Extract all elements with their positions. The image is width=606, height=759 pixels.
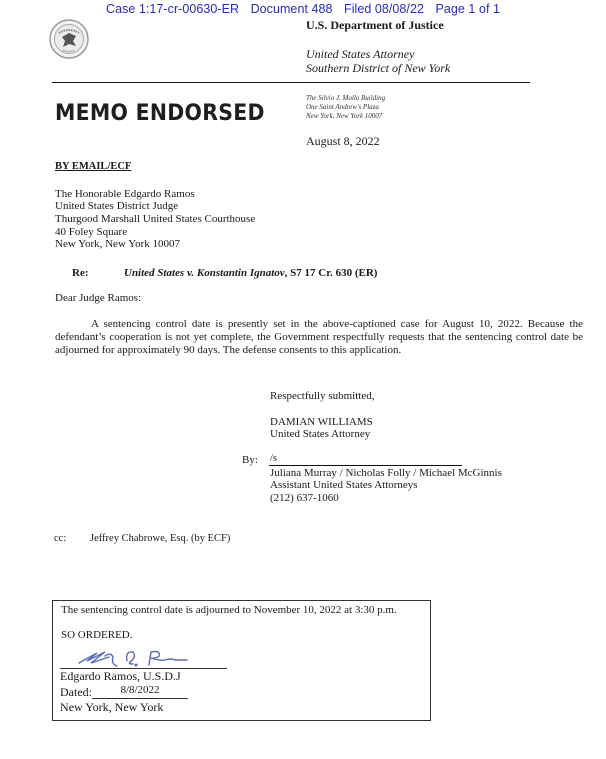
- letter-body-text: A sentencing control date is presently s…: [55, 318, 583, 356]
- department-name: U.S. Department of Justice: [306, 18, 444, 33]
- office-district: Southern District of New York: [306, 61, 450, 76]
- salutation: Dear Judge Ramos:: [55, 292, 141, 304]
- case-caption: United States v. Konstantin Ignatov: [124, 267, 285, 279]
- letter-date: August 8, 2022: [306, 134, 380, 149]
- judge-name: Edgardo Ramos, U.S.D.J: [60, 669, 181, 684]
- attorney-names: Juliana Murray / Nicholas Folly / Michae…: [270, 467, 502, 479]
- ecf-page-count: Page 1 of 1: [436, 2, 501, 16]
- recipient-line: The Honorable Edgardo Ramos: [55, 188, 195, 200]
- dated-label: Dated:: [60, 685, 92, 700]
- case-number: , S7 17 Cr. 630 (ER): [285, 267, 378, 279]
- electronic-signature: /s: [270, 453, 277, 464]
- attorney-title: Assistant United States Attorneys: [270, 479, 418, 491]
- letter-body: A sentencing control date is presently s…: [55, 318, 583, 358]
- order-text: The sentencing control date is adjourned…: [61, 604, 397, 616]
- memo-endorsed-stamp: MEMO ENDORSED: [55, 101, 265, 126]
- doj-seal-icon: [49, 18, 89, 60]
- ecf-document-number: Document 488: [251, 2, 333, 16]
- by-label: By:: [242, 454, 258, 466]
- recipient-line: Thurgood Marshall United States Courthou…: [55, 213, 255, 225]
- cc-label: cc:: [54, 533, 66, 544]
- dated-line: [92, 698, 188, 699]
- office-address-line: New York, New York 10007: [306, 112, 382, 120]
- letterhead-divider: [52, 82, 530, 83]
- office-address-line: One Saint Andrew's Plaza: [306, 103, 379, 111]
- ecf-filing-header: Case 1:17-cr-00630-ER Document 488 Filed…: [0, 2, 606, 16]
- office-address-line: The Silvio J. Mollo Building: [306, 94, 385, 102]
- signer-name: DAMIAN WILLIAMS: [270, 416, 373, 428]
- office-title: United States Attorney: [306, 47, 414, 62]
- signature-line: [269, 465, 462, 466]
- so-ordered: SO ORDERED.: [61, 629, 133, 641]
- cc-recipient: Jeffrey Chabrowe, Esq. (by ECF): [90, 533, 230, 544]
- ecf-filed-date: Filed 08/08/22: [344, 2, 424, 16]
- order-place: New York, New York: [60, 700, 163, 715]
- attorney-phone: (212) 637-1060: [270, 492, 339, 504]
- handwritten-signature-icon: [75, 647, 205, 669]
- delivery-method: BY EMAIL/ECF: [55, 161, 131, 172]
- signer-title: United States Attorney: [270, 428, 370, 440]
- recipient-line: United States District Judge: [55, 200, 178, 212]
- recipient-line: New York, New York 10007: [55, 238, 180, 250]
- dated-value: 8/8/2022: [92, 684, 188, 696]
- closing: Respectfully submitted,: [270, 390, 374, 402]
- ecf-case-number: Case 1:17-cr-00630-ER: [106, 2, 239, 16]
- recipient-line: 40 Foley Square: [55, 226, 127, 238]
- re-case-reference: United States v. Konstantin Ignatov, S7 …: [124, 267, 377, 279]
- re-label: Re:: [72, 267, 89, 279]
